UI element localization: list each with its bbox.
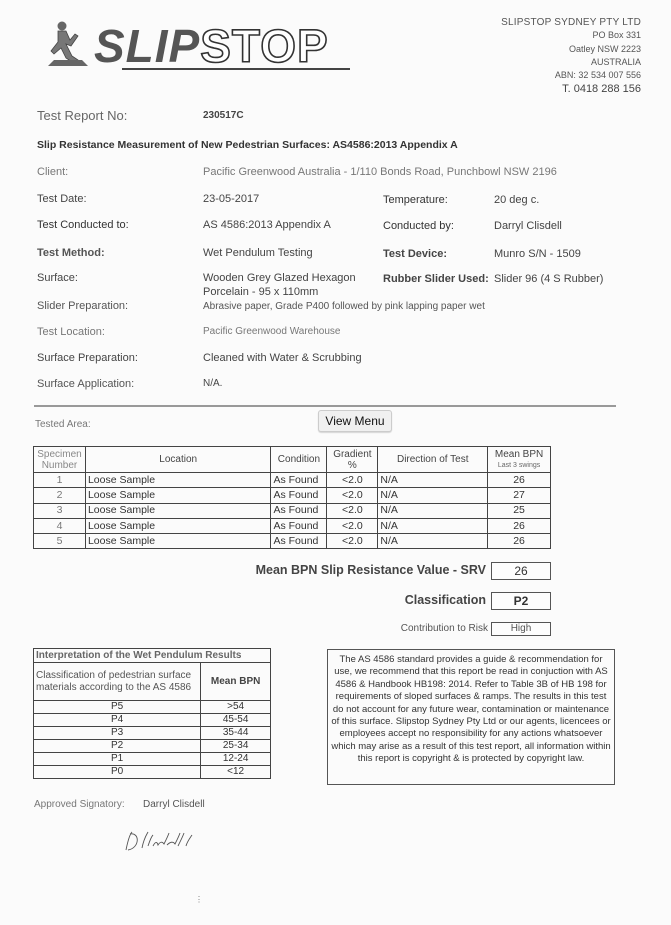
bpn-range-cell: 35-44 — [201, 727, 271, 740]
interpretation-col-class: Classification of pedestrian surface mat… — [34, 663, 201, 701]
condition-cell: As Found — [271, 518, 327, 533]
report-number: 230517C — [203, 110, 244, 121]
col-gradient: Gradient% — [327, 447, 378, 473]
table-row: 2Loose SampleAs Found<2.0N/A27 — [34, 488, 551, 503]
bpn-range-cell: >54 — [201, 701, 271, 714]
test-device-label: Test Device: — [383, 248, 447, 260]
gradient-cell: <2.0 — [327, 534, 378, 549]
approved-signatory-name: Darryl Clisdell — [143, 799, 205, 810]
srv-value: 26 — [491, 562, 551, 580]
conducted-by-value: Darryl Clisdell — [494, 220, 562, 232]
slipping-person-icon — [44, 18, 96, 70]
bpn-range-cell: 12-24 — [201, 753, 271, 766]
client-value: Pacific Greenwood Australia - 1/110 Bond… — [203, 166, 557, 178]
mean-bpn-cell: 26 — [488, 518, 551, 533]
surface-app-value: N/A. — [203, 378, 222, 389]
mean-bpn-cell: 25 — [488, 503, 551, 518]
classification-value: P2 — [491, 592, 551, 610]
view-menu-button[interactable]: View Menu — [318, 410, 392, 432]
report-subtitle: Slip Resistance Measurement of New Pedes… — [37, 139, 458, 151]
company-name: SLIPSTOP SYDNEY PTY LTD — [501, 16, 641, 29]
bpn-range-cell: 45-54 — [201, 714, 271, 727]
table-row: 3Loose SampleAs Found<2.0N/A25 — [34, 503, 551, 518]
table-row: P0<12 — [34, 766, 271, 779]
interpretation-col-bpn: Mean BPN — [201, 663, 271, 701]
direction-cell: N/A — [378, 534, 488, 549]
mean-bpn-cell: 27 — [488, 488, 551, 503]
slider-prep-label: Slider Preparation: — [37, 300, 128, 312]
test-method-value: Wet Pendulum Testing — [203, 247, 313, 259]
specimen-number-cell: 1 — [34, 473, 86, 488]
address-line: Oatley NSW 2223 — [501, 43, 641, 56]
direction-cell: N/A — [378, 473, 488, 488]
gradient-cell: <2.0 — [327, 488, 378, 503]
interpretation-table: Interpretation of the Wet Pendulum Resul… — [33, 648, 271, 779]
test-date-label: Test Date: — [37, 193, 87, 205]
surface-value-line2: Porcelain - 95 x 110mm — [203, 286, 318, 298]
classification-cell: P1 — [34, 753, 201, 766]
temperature-label: Temperature: — [383, 194, 448, 206]
condition-cell: As Found — [271, 473, 327, 488]
col-condition: Condition — [271, 447, 327, 473]
classification-cell: P0 — [34, 766, 201, 779]
test-date-value: 23-05-2017 — [203, 193, 259, 205]
srv-label: Mean BPN Slip Resistance Value - SRV — [200, 563, 486, 577]
table-row: P5>54 — [34, 701, 271, 714]
test-device-value: Munro S/N - 1509 — [494, 248, 581, 260]
risk-value: High — [491, 622, 551, 636]
tested-area-label: Tested Area: — [35, 419, 91, 430]
col-direction: Direction of Test — [378, 447, 488, 473]
address-line: PO Box 331 — [501, 29, 641, 42]
location-cell: Loose Sample — [85, 488, 270, 503]
bpn-range-cell: <12 — [201, 766, 271, 779]
surface-label: Surface: — [37, 272, 78, 284]
gradient-cell: <2.0 — [327, 473, 378, 488]
classification-label: Classification — [300, 593, 486, 607]
mean-bpn-cell: 26 — [488, 534, 551, 549]
col-location: Location — [85, 447, 270, 473]
mean-bpn-cell: 26 — [488, 473, 551, 488]
gradient-cell: <2.0 — [327, 518, 378, 533]
classification-cell: P5 — [34, 701, 201, 714]
conducted-to-value: AS 4586:2013 Appendix A — [203, 219, 331, 231]
table-row: P225-34 — [34, 740, 271, 753]
results-table: SpecimenNumber Location Condition Gradie… — [33, 446, 551, 549]
location-cell: Loose Sample — [85, 473, 270, 488]
surface-value-line1: Wooden Grey Glazed Hexagon — [203, 272, 356, 284]
location-cell: Loose Sample — [85, 503, 270, 518]
specimen-number-cell: 3 — [34, 503, 86, 518]
surface-app-label: Surface Application: — [37, 378, 134, 390]
slipstop-logo: SLIPSTOP — [44, 14, 354, 74]
approved-signatory-label: Approved Signatory: — [34, 799, 125, 810]
signature-icon — [120, 826, 220, 854]
condition-cell: As Found — [271, 534, 327, 549]
scan-mark: ⋮ — [195, 895, 203, 904]
specimen-number-cell: 2 — [34, 488, 86, 503]
disclaimer-box: The AS 4586 standard provides a guide & … — [327, 649, 615, 785]
table-row: P445-54 — [34, 714, 271, 727]
direction-cell: N/A — [378, 488, 488, 503]
direction-cell: N/A — [378, 503, 488, 518]
table-row: P335-44 — [34, 727, 271, 740]
test-location-label: Test Location: — [37, 326, 105, 338]
location-cell: Loose Sample — [85, 518, 270, 533]
bpn-range-cell: 25-34 — [201, 740, 271, 753]
classification-cell: P3 — [34, 727, 201, 740]
classification-cell: P2 — [34, 740, 201, 753]
results-header-row: SpecimenNumber Location Condition Gradie… — [34, 447, 551, 473]
table-row: 4Loose SampleAs Found<2.0N/A26 — [34, 518, 551, 533]
rubber-slider-value: Slider 96 (4 S Rubber) — [494, 273, 603, 285]
logo-wordmark: SLIPSTOP — [94, 20, 329, 72]
condition-cell: As Found — [271, 503, 327, 518]
location-cell: Loose Sample — [85, 534, 270, 549]
slider-prep-value: Abrasive paper, Grade P400 followed by p… — [203, 301, 485, 312]
divider — [34, 405, 616, 407]
conducted-by-label: Conducted by: — [383, 220, 454, 232]
surface-prep-label: Surface Preparation: — [37, 352, 138, 364]
conducted-to-label: Test Conducted to: — [37, 219, 129, 231]
direction-cell: N/A — [378, 518, 488, 533]
rubber-slider-label: Rubber Slider Used: — [383, 273, 489, 285]
company-phone: T. 0418 288 156 — [501, 83, 641, 96]
client-label: Client: — [37, 166, 68, 178]
test-method-label: Test Method: — [37, 247, 105, 259]
logo-underline — [122, 68, 350, 70]
interpretation-title: Interpretation of the Wet Pendulum Resul… — [34, 649, 271, 663]
report-number-label: Test Report No: — [37, 108, 127, 123]
test-location-value: Pacific Greenwood Warehouse — [203, 326, 340, 337]
company-address: SLIPSTOP SYDNEY PTY LTD PO Box 331 Oatle… — [501, 16, 641, 97]
table-row: 5Loose SampleAs Found<2.0N/A26 — [34, 534, 551, 549]
condition-cell: As Found — [271, 488, 327, 503]
address-line: AUSTRALIA — [501, 56, 641, 69]
specimen-number-cell: 5 — [34, 534, 86, 549]
surface-prep-value: Cleaned with Water & Scrubbing — [203, 352, 362, 364]
col-specimen: SpecimenNumber — [34, 447, 86, 473]
col-mean-bpn: Mean BPNLast 3 swings — [488, 447, 551, 473]
table-row: 1Loose SampleAs Found<2.0N/A26 — [34, 473, 551, 488]
specimen-number-cell: 4 — [34, 518, 86, 533]
table-row: P112-24 — [34, 753, 271, 766]
temperature-value: 20 deg c. — [494, 194, 539, 206]
risk-label: Contribution to Risk — [300, 623, 488, 634]
abn: ABN: 32 534 007 556 — [501, 69, 641, 82]
gradient-cell: <2.0 — [327, 503, 378, 518]
classification-cell: P4 — [34, 714, 201, 727]
